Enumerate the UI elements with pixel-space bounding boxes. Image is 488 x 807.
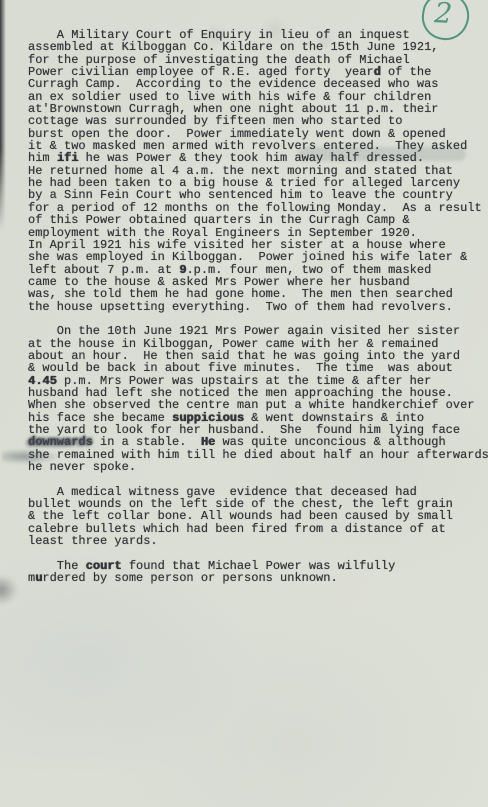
text-line: he never spoke. — [28, 461, 488, 473]
document-page: 2 A Military Court of Enquiry in lieu of… — [0, 0, 488, 807]
page-number: 2 — [434, 0, 453, 28]
paragraph: On the 10th June 1921 Mrs Power again vi… — [28, 325, 488, 473]
text-line: the house upsetting everything. Two of t… — [28, 301, 488, 313]
paragraph: A medical witness gave evidence that dec… — [28, 486, 488, 548]
paragraph: The court found that Michael Power was w… — [28, 560, 488, 585]
scan-edge-shadow — [0, 0, 6, 230]
paragraph: A Military Court of Enquiry in lieu of a… — [28, 29, 488, 313]
document-text: A Military Court of Enquiry in lieu of a… — [28, 29, 488, 597]
scanned-document-page: { "page": { "page_number": "2", "colors"… — [0, 0, 488, 807]
ink-smudge-left-edge — [0, 575, 18, 605]
text-line: murdered by some person or persons unkno… — [28, 572, 488, 584]
text-line: least three yards. — [28, 535, 488, 547]
